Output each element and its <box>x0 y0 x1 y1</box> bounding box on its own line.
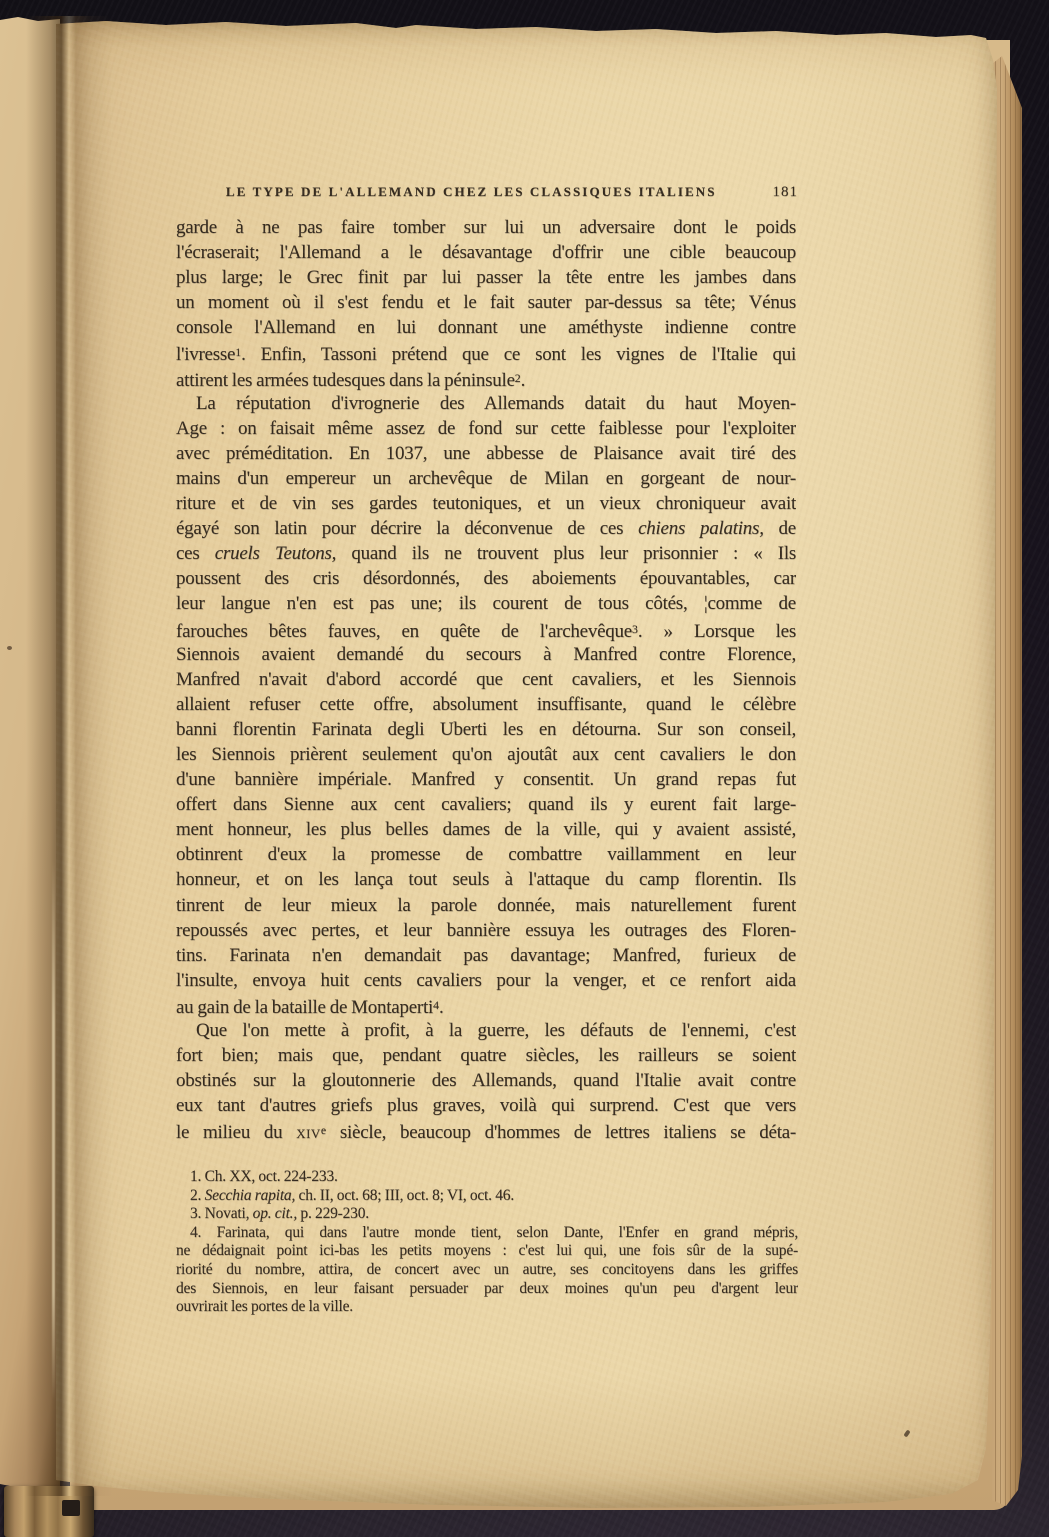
text-line: 1. Ch. XX, oct. 224-233. <box>176 1168 798 1187</box>
text-line: l'écraserait; l'Allemand a le désavantag… <box>176 240 796 265</box>
text-line: Manfred n'avait d'abord accordé que cent… <box>176 667 796 692</box>
book-page: LE TYPE DE L'ALLEMAND CHEZ LES CLASSIQUE… <box>56 18 1002 1510</box>
text-line: le milieu du xive siècle, beaucoup d'hom… <box>176 1118 796 1143</box>
spine-notch <box>62 1500 80 1516</box>
text-line: l'ivresse1. Enfin, Tassoni prétend que c… <box>176 340 796 365</box>
body-text: garde à ne pas faire tomber sur lui un a… <box>176 215 796 1143</box>
text-line: eux tant d'autres griefs plus graves, vo… <box>176 1093 796 1118</box>
text-line: égayé son latin pour décrire la déconven… <box>176 516 796 541</box>
text-line: farouches bêtes fauves, en quête de l'ar… <box>176 617 796 642</box>
text-line: ouvrirait les portes de la ville. <box>176 1298 798 1317</box>
text-line: tinrent de leur mieux la parole donnée, … <box>176 893 796 918</box>
text-line: La réputation d'ivrognerie des Allemands… <box>176 391 796 416</box>
scan-speck <box>7 646 12 650</box>
text-line: ces cruels Teutons, quand ils ne trouven… <box>176 541 796 566</box>
footnotes: 1. Ch. XX, oct. 224-233.2. Secchia rapit… <box>176 1168 798 1317</box>
text-line: leur langue n'en est pas une; ils couren… <box>176 591 796 616</box>
text-line: banni florentin Farinata degli Uberti le… <box>176 717 796 742</box>
text-line: honneur, et on les lança tout seuls à l'… <box>176 867 796 892</box>
text-line: 2. Secchia rapita, ch. II, oct. 68; III,… <box>176 1187 798 1206</box>
text-line: offert dans Sienne aux cent cavaliers; q… <box>176 792 796 817</box>
text-line: riorité du nombre, attira, de concert av… <box>176 1261 798 1280</box>
text-line: au gain de la bataille de Montaperti4. <box>176 993 796 1018</box>
page-number: 181 <box>773 184 799 201</box>
text-line: ne dédaignait point ici-bas les petits m… <box>176 1242 798 1261</box>
text-line: repoussés avec pertes, et leur bannière … <box>176 918 796 943</box>
text-line: un moment où il s'est fendu et le fait s… <box>176 290 796 315</box>
text-line: plus large; le Grec finit par lui passer… <box>176 265 796 290</box>
text-line: obstinés sur la gloutonnerie des Alleman… <box>176 1068 796 1093</box>
photo-background: LE TYPE DE L'ALLEMAND CHEZ LES CLASSIQUE… <box>0 0 1049 1537</box>
text-line: des Siennois, en leur faisant persuader … <box>176 1280 798 1299</box>
text-line: 4. Farinata, qui dans l'autre monde tien… <box>176 1224 798 1243</box>
text-line: fort bien; mais que, pendant quatre sièc… <box>176 1043 796 1068</box>
text-line: les Siennois prièrent seulement qu'on aj… <box>176 742 796 767</box>
text-line: obtinrent d'eux la promesse de combattre… <box>176 842 796 867</box>
text-line: tins. Farinata n'en demandait pas davant… <box>176 943 796 968</box>
text-line: allaient refuser cette offre, absolument… <box>176 692 796 717</box>
text-line: Que l'on mette à profit, à la guerre, le… <box>176 1018 796 1043</box>
text-line: attirent les armées tudesques dans la pé… <box>176 366 796 391</box>
text-line: Siennois avaient demandé du secours à Ma… <box>176 642 796 667</box>
text-line: l'insulte, envoya huit cents cavaliers p… <box>176 968 796 993</box>
text-line: d'une bannière impériale. Manfred y cons… <box>176 767 796 792</box>
running-header: LE TYPE DE L'ALLEMAND CHEZ LES CLASSIQUE… <box>176 184 798 201</box>
spine-binding-fragment <box>4 1486 94 1537</box>
text-line: avec préméditation. En 1037, une abbesse… <box>176 441 796 466</box>
facing-page-edge <box>0 16 60 1494</box>
text-line: console l'Allemand en lui donnant une am… <box>176 315 796 340</box>
text-line: riture et de vin ses gardes teutoniques,… <box>176 491 796 516</box>
text-line: ment honneur, les plus belles dames de l… <box>176 817 796 842</box>
text-line: mains d'un empereur un archevêque de Mil… <box>176 466 796 491</box>
header-title: LE TYPE DE L'ALLEMAND CHEZ LES CLASSIQUE… <box>176 184 767 200</box>
text-line: garde à ne pas faire tomber sur lui un a… <box>176 215 796 240</box>
text-line: poussent des cris désordonnés, des aboie… <box>176 566 796 591</box>
text-line: Age : on faisait même assez de fond sur … <box>176 416 796 441</box>
text-line: 3. Novati, op. cit., p. 229-230. <box>176 1205 798 1224</box>
